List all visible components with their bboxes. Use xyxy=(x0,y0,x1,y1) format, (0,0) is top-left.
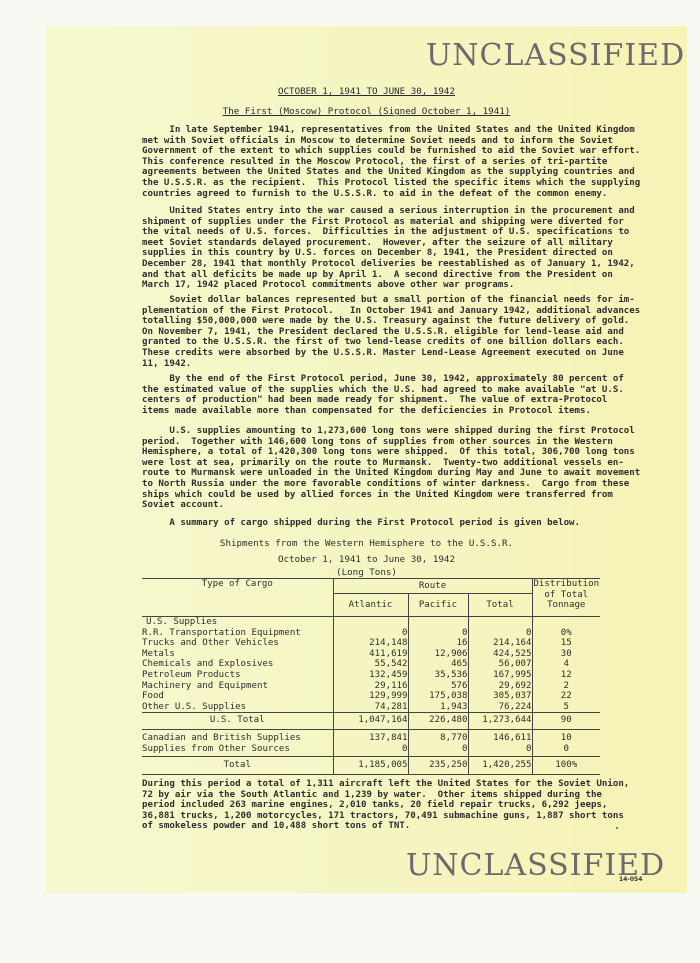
grand-total-row: Total1,185,005235,2501,420,255100% xyxy=(142,757,600,775)
cargo-type-label: Food xyxy=(142,691,333,702)
pacific-value: 1,943 xyxy=(408,702,468,713)
pacific-value: 8,770 xyxy=(408,729,468,743)
paragraph-aircraft-items: During this period a total of 1,311 airc… xyxy=(142,779,662,832)
atlantic-value: 55,542 xyxy=(333,659,408,670)
distribution-value: 10 xyxy=(532,729,600,743)
stray-mark xyxy=(616,827,618,829)
pacific-value: 35,536 xyxy=(408,670,468,681)
cargo-table-body: U.S. Supplies R.R. Transportation Equipm… xyxy=(142,617,600,775)
atlantic-value: 137,841 xyxy=(333,729,408,743)
total-value: 305,037 xyxy=(468,691,532,702)
cargo-type-label: Supplies from Other Sources xyxy=(142,744,333,757)
paragraph-us-supplies: U.S. supplies amounting to 1,273,600 lon… xyxy=(142,426,642,511)
cargo-type-label: R.R. Transportation Equipment xyxy=(142,628,333,639)
classification-stamp-top: UNCLASSIFIED xyxy=(426,38,685,73)
distribution-value: 15 xyxy=(532,638,600,649)
pacific-value: 0 xyxy=(408,744,468,757)
atlantic-value: 132,459 xyxy=(333,670,408,681)
table-row: Other U.S. Supplies74,2811,94376,2245 xyxy=(142,702,600,713)
cargo-type-label: U.S. Total xyxy=(142,713,333,730)
table-row: R.R. Transportation Equipment0000% xyxy=(142,628,600,639)
us-total-row: U.S. Total1,047,164226,4801,273,64490 xyxy=(142,713,600,730)
paragraph-summary-intro: A summary of cargo shipped during the Fi… xyxy=(142,518,642,529)
header-route: Route xyxy=(333,579,532,594)
distribution-value: 100% xyxy=(532,757,600,775)
total-value: 424,525 xyxy=(468,649,532,660)
header-atlantic: Atlantic xyxy=(333,594,408,617)
atlantic-value: 74,281 xyxy=(333,702,408,713)
table-row: Machinery and Equipment29,11657629,6922 xyxy=(142,681,600,692)
pacific-value: 16 xyxy=(408,638,468,649)
total-value: 56,007 xyxy=(468,659,532,670)
atlantic-value: 411,619 xyxy=(333,649,408,660)
cargo-type-label: Canadian and British Supplies xyxy=(142,729,333,743)
cargo-type-label: Petroleum Products xyxy=(142,670,333,681)
distribution-value: 12 xyxy=(532,670,600,681)
distribution-value: 22 xyxy=(532,691,600,702)
header-pacific: Pacific xyxy=(408,594,468,617)
table-caption: Shipments from the Western Hemisphere to… xyxy=(46,538,687,549)
atlantic-value: 0 xyxy=(333,628,408,639)
paragraph-us-entry: United States entry into the war caused … xyxy=(142,206,642,291)
atlantic-value: 1,185,005 xyxy=(333,757,408,775)
header-distribution: Distribution of Total Tonnage xyxy=(532,579,600,617)
group-row-us-supplies: U.S. Supplies xyxy=(142,617,600,628)
group-label: U.S. Supplies xyxy=(142,617,333,628)
total-value: 1,420,255 xyxy=(468,757,532,775)
table-row: Supplies from Other Sources0000 xyxy=(142,744,600,757)
document-subtitle: The First (Moscow) Protocol (Signed Octo… xyxy=(46,106,687,117)
total-value: 0 xyxy=(468,744,532,757)
paragraph-dollar-balances: Soviet dollar balances represented but a… xyxy=(142,295,642,369)
document-title: OCTOBER 1, 1941 TO JUNE 30, 1942 xyxy=(46,86,687,97)
pacific-value: 235,250 xyxy=(408,757,468,775)
table-row: Petroleum Products132,45935,536167,99512 xyxy=(142,670,600,681)
paragraph-moscow-conference: In late September 1941, representatives … xyxy=(142,125,642,199)
table-row: Chemicals and Explosives55,54246556,0074 xyxy=(142,659,600,670)
total-value: 1,273,644 xyxy=(468,713,532,730)
atlantic-value: 0 xyxy=(333,744,408,757)
table-row: Trucks and Other Vehicles214,14816214,16… xyxy=(142,638,600,649)
total-value: 146,611 xyxy=(468,729,532,743)
paragraph-protocol-end: By the end of the First Protocol period,… xyxy=(142,374,642,416)
form-code: 14-054 xyxy=(619,876,642,883)
pacific-value: 175,038 xyxy=(408,691,468,702)
pacific-value: 465 xyxy=(408,659,468,670)
cargo-type-label: Other U.S. Supplies xyxy=(142,702,333,713)
pacific-value: 0 xyxy=(408,628,468,639)
total-value: 167,995 xyxy=(468,670,532,681)
cargo-type-label: Metals xyxy=(142,649,333,660)
table-period: October 1, 1941 to June 30, 1942 xyxy=(46,554,687,565)
distribution-value: 90 xyxy=(532,713,600,730)
cargo-type-label: Total xyxy=(142,757,333,775)
total-value: 29,692 xyxy=(468,681,532,692)
total-value: 76,224 xyxy=(468,702,532,713)
atlantic-value: 29,116 xyxy=(333,681,408,692)
table-row: Food129,999175,038305,03722 xyxy=(142,691,600,702)
table-row: Canadian and British Supplies137,8418,77… xyxy=(142,729,600,743)
table-row: Metals411,61912,906424,52530 xyxy=(142,649,600,660)
table-units: (Long Tons) xyxy=(46,567,687,578)
pacific-value: 12,906 xyxy=(408,649,468,660)
atlantic-value: 214,148 xyxy=(333,638,408,649)
atlantic-value: 1,047,164 xyxy=(333,713,408,730)
cargo-table: Type of Cargo Route Distribution of Tota… xyxy=(142,578,600,775)
distribution-value: 30 xyxy=(532,649,600,660)
distribution-value: 5 xyxy=(532,702,600,713)
pacific-value: 576 xyxy=(408,681,468,692)
header-type-of-cargo: Type of Cargo xyxy=(142,579,333,617)
distribution-value: 0 xyxy=(532,744,600,757)
total-value: 0 xyxy=(468,628,532,639)
document-page: UNCLASSIFIED OCTOBER 1, 1941 TO JUNE 30,… xyxy=(46,26,687,893)
header-total: Total xyxy=(468,594,532,617)
cargo-type-label: Trucks and Other Vehicles xyxy=(142,638,333,649)
total-value: 214,164 xyxy=(468,638,532,649)
cargo-type-label: Chemicals and Explosives xyxy=(142,659,333,670)
distribution-value: 0% xyxy=(532,628,600,639)
atlantic-value: 129,999 xyxy=(333,691,408,702)
pacific-value: 226,480 xyxy=(408,713,468,730)
distribution-value: 2 xyxy=(532,681,600,692)
cargo-type-label: Machinery and Equipment xyxy=(142,681,333,692)
distribution-value: 4 xyxy=(532,659,600,670)
